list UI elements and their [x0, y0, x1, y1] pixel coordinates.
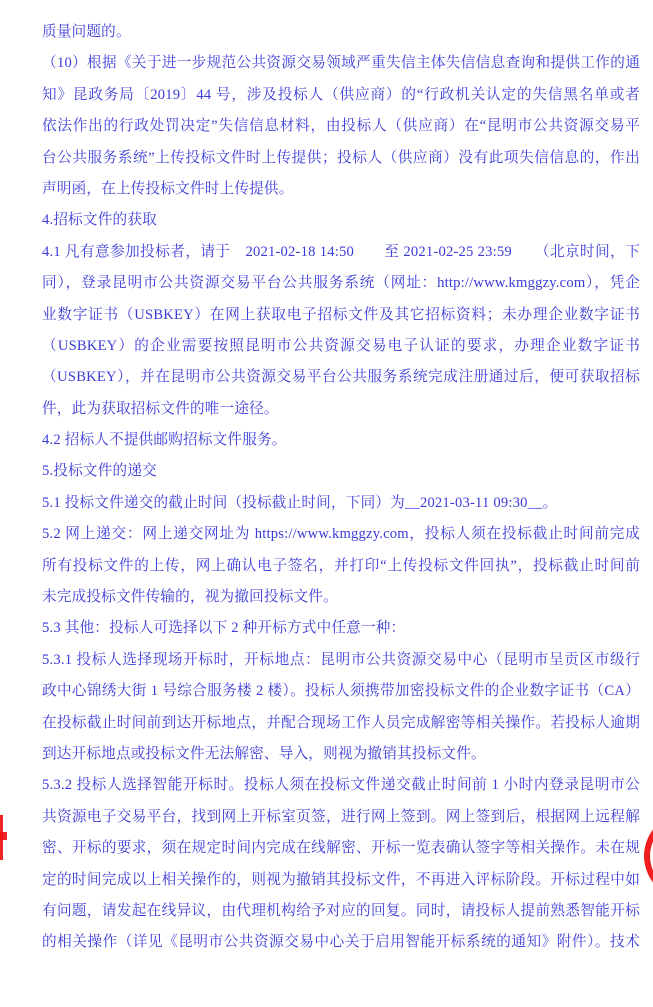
text-line: （10）根据《关于进一步规范公共资源交易领域严重失信主体失信信息查询和提供工作的… — [42, 48, 640, 79]
text-line: 5.2 网上递交：网上递交网址为 https://www.kmggzy.com，… — [42, 519, 640, 550]
text-line: 依法作出的行政处罚决定”失信信息材料，由投标人（供应商）在“昆明市公共资源交易平 — [42, 111, 640, 142]
text-line: 未完成投标文件传输的，视为撤回投标文件。 — [42, 582, 640, 613]
document-text-block: 质量问题的。（10）根据《关于进一步规范公共资源交易领域严重失信主体失信信息查询… — [42, 17, 640, 959]
text-line: 质量问题的。 — [42, 17, 640, 48]
text-line: 5.投标文件的递交 — [42, 456, 640, 487]
text-line: 密、开标的要求，须在规定时间内完成在线解密、开标一览表确认签字等相关操作。未在规 — [42, 833, 640, 864]
text-line: 有问题，请发起在线异议，由代理机构给予对应的回复。同时，请投标人提前熟悉智能开标 — [42, 896, 640, 927]
text-line: 声明函，在上传投标文件时上传提供。 — [42, 174, 640, 205]
text-line: 定的时间完成以上相关操作的，则视为撤销其投标文件，不再进入评标阶段。开标过程中如 — [42, 865, 640, 896]
text-line: 4.2 招标人不提供邮购招标文件服务。 — [42, 425, 640, 456]
red-seal-arc-right-icon — [644, 807, 653, 905]
text-line: 在投标截止时间前到达开标地点，并配合现场工作人员完成解密等相关操作。若投标人逾期 — [42, 708, 640, 739]
text-line: 4.1 凡有意参加投标者，请于 2021-02-18 14:50 至 2021-… — [42, 237, 640, 268]
text-line: 5.3.2 投标人选择智能开标时。投标人须在投标文件递交截止时间前 1 小时内登… — [42, 770, 640, 801]
text-line: 5.3.1 投标人选择现场开标时，开标地点：昆明市公共资源交易中心（昆明市呈贡区… — [42, 645, 640, 676]
tender-document-page: 质量问题的。（10）根据《关于进一步规范公共资源交易领域严重失信主体失信信息查询… — [0, 0, 653, 1007]
text-line: 5.3 其他：投标人可选择以下 2 种开标方式中任意一种： — [42, 613, 640, 644]
text-line: 共资源电子交易平台，找到网上开标室页签，进行网上签到。网上签到后，根据网上远程解 — [42, 802, 640, 833]
document-viewport: { "page": { "bg_color": "#ffffff", "text… — [0, 0, 653, 1007]
red-seal-fragment-left-bump-icon — [0, 832, 7, 840]
text-line: 台公共服务系统”上传投标文件时上传提供；投标人（供应商）没有此项失信信息的，作出 — [42, 143, 640, 174]
text-line: 同），登录昆明市公共资源交易平台公共服务系统（网址：http://www.kmg… — [42, 268, 640, 299]
text-line: （USBKEY），并在昆明市公共资源交易平台公共服务系统完成注册通过后，便可获取… — [42, 362, 640, 393]
text-line: 4.招标文件的获取 — [42, 205, 640, 236]
text-line: 所有投标文件的上传，网上确认电子签名，并打印“上传投标文件回执”，投标截止时间前 — [42, 551, 640, 582]
text-line: 到达开标地点或投标文件无法解密、导入，则视为撤销其投标文件。 — [42, 739, 640, 770]
text-line: （USBKEY）的企业需要按照昆明市公共资源交易电子认证的要求，办理企业数字证书 — [42, 331, 640, 362]
text-line: 知》昆政务局〔2019〕44 号，涉及投标人（供应商）的“行政机关认定的失信黑名… — [42, 80, 640, 111]
text-line: 业数字证书（USBKEY）在网上获取电子招标文件及其它招标资料；未办理企业数字证… — [42, 300, 640, 331]
text-line: 政中心锦绣大街 1 号综合服务楼 2 楼）。投标人须携带加密投标文件的企业数字证… — [42, 676, 640, 707]
text-line: 件，此为获取招标文件的唯一途径。 — [42, 394, 640, 425]
text-line: 5.1 投标文件递交的截止时间（投标截止时间，下同）为__2021-03-11 … — [42, 488, 640, 519]
text-line: 的相关操作（详见《昆明市公共资源交易中心关于启用智能开标系统的通知》附件）。技术 — [42, 927, 640, 958]
